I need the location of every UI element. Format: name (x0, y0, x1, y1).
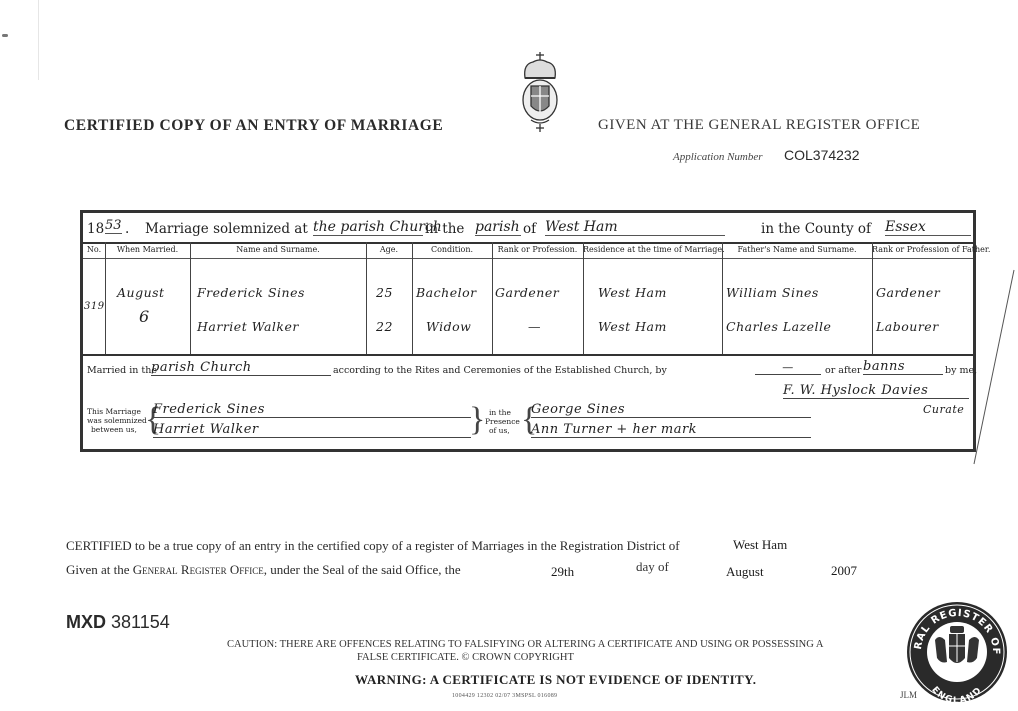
of-label: of (523, 221, 536, 237)
groom-father-name: William Sines (726, 285, 819, 300)
married-in-label: Married in the (87, 365, 157, 376)
column-header: Name and Surname. (190, 245, 366, 254)
year-end: . (125, 221, 129, 237)
between-us-label-3: between us, (91, 425, 137, 434)
issuer-title: GIVEN AT THE GENERAL REGISTER OFFICE (598, 117, 920, 134)
column-headers: No. When Married. Name and Surname. Age.… (83, 242, 973, 259)
column-header: Rank or Profession. (492, 245, 583, 254)
column-header: Condition. (412, 245, 492, 254)
gro-seal-icon: GENERAL REGISTER OFFICE ENGLAND (905, 600, 1009, 704)
between-us-label-1: This Marriage (87, 407, 141, 416)
day-of-label: day of (636, 559, 669, 575)
certification-line-2: Given at the General Register Office, un… (66, 562, 461, 578)
or-after-value: banns (863, 359, 943, 375)
presence-label-3: of us, (489, 426, 510, 435)
scan-bracket-line (970, 260, 1018, 470)
issue-day: 29th (551, 564, 574, 580)
register-heading: 18 53 . Marriage solemnized at the paris… (85, 217, 975, 243)
bride-name: Harriet Walker (197, 319, 299, 334)
column-divider (366, 242, 367, 354)
column-divider (412, 242, 413, 354)
entry-row-border (83, 354, 973, 356)
column-divider (583, 242, 584, 354)
royal-crest-icon (517, 50, 563, 134)
column-header: Rank or Profession of Father. (872, 245, 973, 254)
witness-2-signature: Ann Turner + her mark (531, 422, 811, 438)
bride-profession: — (528, 319, 541, 334)
groom-age: 25 (376, 285, 393, 300)
identity-warning: WARNING: A CERTIFICATE IS NOT EVIDENCE O… (355, 672, 756, 688)
party-bride-signature: Harriet Walker (153, 422, 471, 438)
bride-age: 22 (376, 319, 393, 334)
caution-line-2: FALSE CERTIFICATE. © CROWN COPYRIGHT (357, 652, 574, 663)
application-number-label: Application Number (673, 151, 763, 163)
column-divider (492, 242, 493, 354)
party-groom-signature: Frederick Sines (153, 402, 471, 418)
entry-number: 319 (84, 301, 105, 312)
bride-father-name: Charles Lazelle (726, 319, 831, 334)
column-header: Residence at the time of Marriage. (583, 245, 722, 254)
column-divider (722, 242, 723, 354)
issue-year: 2007 (831, 563, 857, 579)
registration-district: West Ham (733, 537, 787, 553)
given-at-text: Given at the (66, 562, 133, 577)
married-month: August (117, 285, 165, 300)
register-entry: 18 53 . Marriage solemnized at the paris… (80, 210, 976, 452)
in-the-label: in the (425, 221, 464, 237)
column-divider (105, 242, 106, 354)
column-divider (872, 242, 873, 354)
by-value: — (755, 361, 821, 375)
district-type: parish (475, 219, 521, 236)
bride-residence: West Ham (598, 319, 667, 334)
between-us-label-2: was solemnized (87, 416, 147, 425)
groom-profession: Gardener (495, 285, 559, 300)
rites-text: according to the Rites and Ceremonies of… (333, 365, 667, 376)
groom-residence: West Ham (598, 285, 667, 300)
column-divider (190, 242, 191, 354)
groom-name: Frederick Sines (197, 285, 305, 300)
presence-label-2: Presence (485, 417, 520, 426)
year-suffix: 53 (105, 218, 122, 234)
bride-father-profession: Labourer (876, 319, 939, 334)
certificate-title: CERTIFIED COPY OF AN ENTRY OF MARRIAGE (64, 117, 443, 135)
groom-condition: Bachelor (416, 285, 477, 300)
caution-line-1: CAUTION: THERE ARE OFFENCES RELATING TO … (227, 639, 823, 650)
issue-month: August (726, 564, 764, 580)
solemnized-at-value: the parish Church (313, 219, 423, 236)
witness-1-signature: George Sines (531, 402, 811, 418)
officiant-title: Curate (923, 403, 964, 416)
county-label: in the County of (761, 221, 871, 237)
under-seal-text: , under the Seal of the said Office, the (264, 562, 461, 577)
year-prefix: 18 (87, 221, 104, 237)
or-after-label: or after (825, 365, 861, 376)
solemnized-at-label: Marriage solemnized at (145, 221, 308, 237)
county-value: Essex (885, 219, 971, 236)
serial-number: MXD 381154 (66, 612, 170, 633)
certification-line-1: CERTIFIED to be a true copy of an entry … (66, 538, 680, 554)
gro-name: General Register Office (133, 562, 264, 577)
column-header: No. (83, 245, 105, 254)
application-number: COL374232 (784, 147, 860, 163)
scan-speck (2, 34, 8, 37)
column-header: Father's Name and Surname. (722, 245, 872, 254)
serial-prefix: MXD (66, 612, 106, 632)
presence-label-1: in the (489, 408, 511, 417)
column-header: When Married. (105, 245, 190, 254)
married-in-value: parish Church (151, 360, 331, 376)
column-header: Age. (366, 245, 412, 254)
place-value: West Ham (545, 219, 725, 236)
bride-condition: Widow (426, 319, 471, 334)
serial-digits: 381154 (111, 612, 170, 632)
officiant-signature: F. W. Hyslock Davies (783, 383, 969, 399)
married-day: 6 (139, 307, 150, 326)
groom-father-profession: Gardener (876, 285, 940, 300)
form-codes: 1004429 12302 02/07 3MSPSL 016089 (452, 693, 557, 699)
scan-edge-line (38, 0, 39, 80)
right-brace: } (469, 401, 485, 439)
